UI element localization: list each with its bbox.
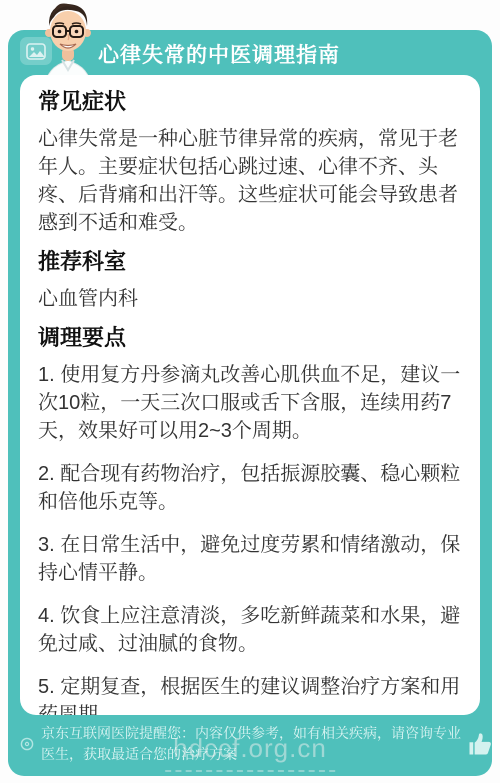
guide-card: 心律失常的中医调理指南 常见症状 心律失常是一种心脏节律异常的疾病，常见于老年人… <box>8 30 492 776</box>
section-heading-department: 推荐科室 <box>38 249 462 275</box>
card-title: 心律失常的中医调理指南 <box>98 39 340 69</box>
care-item-2: 2. 配合现有药物治疗，包括振源胶囊、稳心颗粒和倍他乐克等。 <box>38 460 462 516</box>
care-item-1: 1. 使用复方丹参滴丸改善心肌供血不足，建议一次10粒，一天三次口服或舌下含服，… <box>38 361 462 445</box>
info-circle-icon <box>20 737 34 751</box>
symptoms-text: 心律失常是一种心脏节律异常的疾病，常见于老年人。主要症状包括心跳过速、心律不齐、… <box>38 125 462 237</box>
thumbs-up-icon[interactable] <box>466 730 494 758</box>
care-item-3: 3. 在日常生活中，避免过度劳累和情绪激动，保持心情平静。 <box>38 531 462 587</box>
card-body: 常见症状 心律失常是一种心脏节律异常的疾病，常见于老年人。主要症状包括心跳过速、… <box>20 75 480 715</box>
card-footer: 京东互联网医院提醒您：内容仅供参考，如有相关疾病，请咨询专业医生，获取最适合您的… <box>8 723 492 765</box>
section-heading-care: 调理要点 <box>38 325 462 351</box>
section-heading-symptoms: 常见症状 <box>38 89 462 115</box>
department-text: 心血管内科 <box>38 285 462 313</box>
care-item-5: 5. 定期复查，根据医生的建议调整治疗方案和用药周期。 <box>38 673 462 715</box>
disclaimer-text: 京东互联网医院提醒您：内容仅供参考，如有相关疾病，请咨询专业医生，获取最适合您的… <box>41 723 465 765</box>
screen: 心律失常的中医调理指南 常见症状 心律失常是一种心脏节律异常的疾病，常见于老年人… <box>0 0 500 783</box>
care-item-4: 4. 饮食上应注意清淡，多吃新鲜蔬菜和水果，避免过咸、过油腻的食物。 <box>38 602 462 658</box>
